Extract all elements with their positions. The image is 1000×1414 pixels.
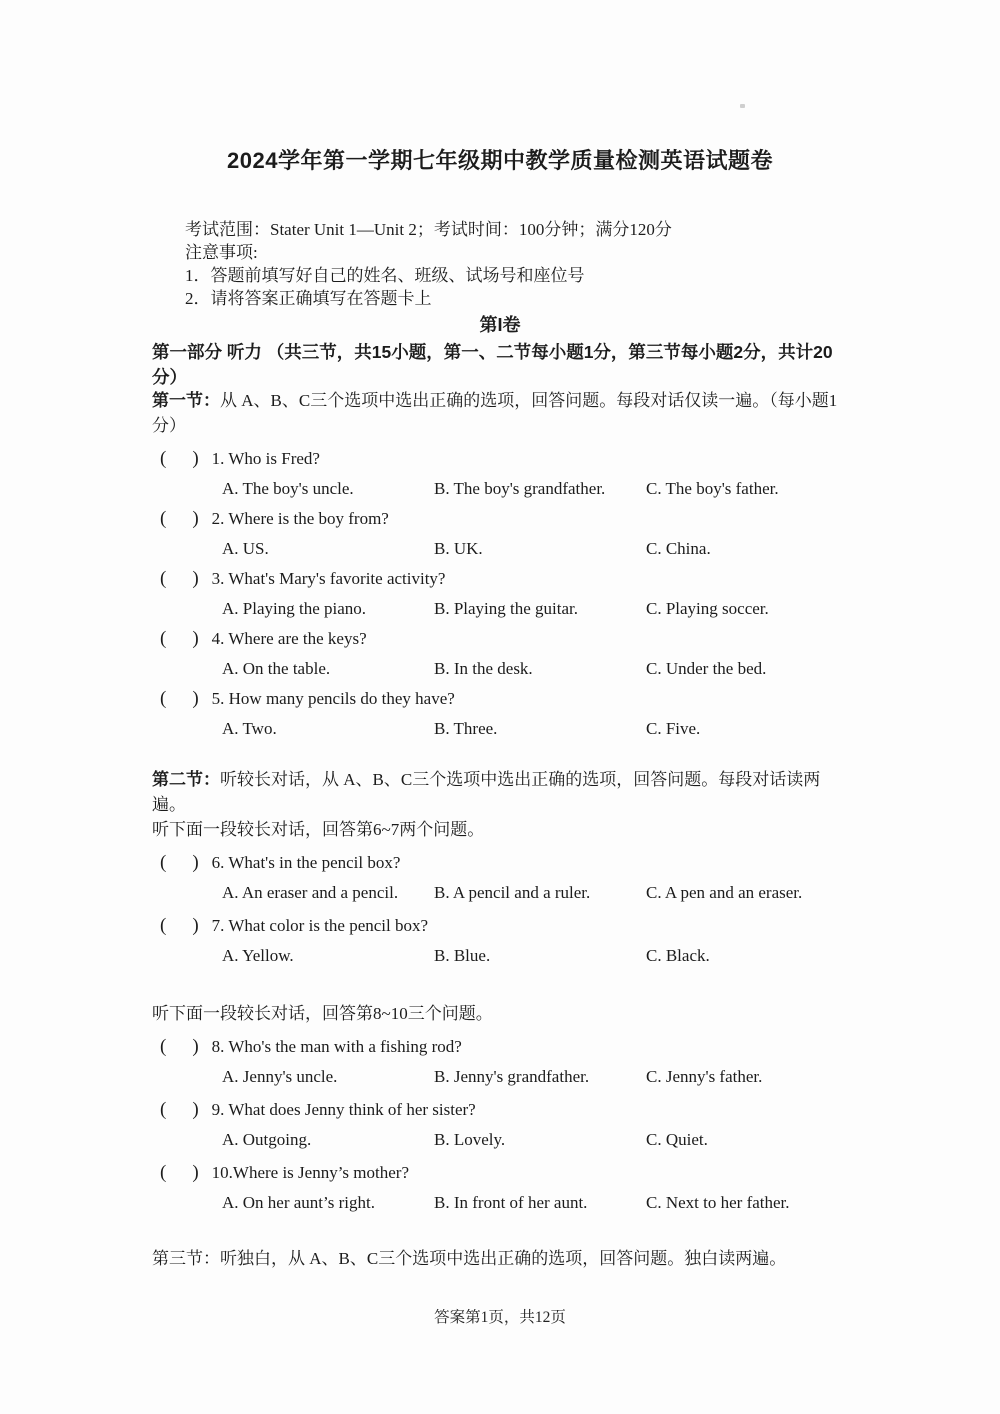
answer-bracket: () — [160, 915, 199, 936]
option-b: B. Blue. — [434, 941, 646, 971]
question-stem: 8. Who's the man with a fishing rod? — [212, 1037, 462, 1056]
option-a: A. An eraser and a pencil. — [222, 878, 434, 908]
note-item-1: 1．答题前填写好自己的姓名、班级、试场号和座位号 — [185, 264, 848, 287]
page-title: 2024学年第一学期七年级期中教学质量检测英语试题卷 — [152, 146, 848, 176]
dialog1-note: 听下面一段较长对话，回答第6~7两个问题。 — [152, 817, 848, 842]
option-c: C. Next to her father. — [646, 1188, 848, 1218]
question-1: ()1. Who is Fred? A. The boy's uncle. B.… — [152, 444, 848, 504]
question-4: ()4. Where are the keys? A. On the table… — [152, 624, 848, 684]
answer-bracket: () — [160, 1036, 199, 1057]
section3-instruction: 听独白，从 A、B、C三个选项中选出正确的选项，回答问题。独白读两遍。 — [220, 1249, 786, 1268]
option-a: A. Two. — [222, 714, 434, 744]
question-6: ()6. What's in the pencil box? A. An era… — [152, 848, 848, 908]
question-options: A. Outgoing. B. Lovely. C. Quiet. — [152, 1125, 848, 1155]
option-c: C. A pen and an eraser. — [646, 878, 848, 908]
section1-label: 第一节： — [152, 391, 220, 410]
notes-label: 注意事项: — [185, 241, 848, 264]
question-stem: 5. How many pencils do they have? — [212, 689, 455, 708]
exam-scope-line: 考试范围：Stater Unit 1—Unit 2；考试时间：100分钟；满分1… — [185, 218, 848, 241]
question-3: ()3. What's Mary's favorite activity? A.… — [152, 564, 848, 624]
answer-bracket: () — [160, 628, 199, 649]
answer-bracket: () — [160, 1162, 199, 1183]
question-stem: 7. What color is the pencil box? — [212, 916, 428, 935]
question-options: A. The boy's uncle. B. The boy's grandfa… — [152, 474, 848, 504]
question-stem: 9. What does Jenny think of her sister? — [212, 1100, 476, 1119]
question-stem: 1. Who is Fred? — [212, 449, 320, 468]
question-7: ()7. What color is the pencil box? A. Ye… — [152, 911, 848, 971]
question-stem: 4. Where are the keys? — [212, 629, 367, 648]
question-options: A. US. B. UK. C. China. — [152, 534, 848, 564]
option-b: B. The boy's grandfather. — [434, 474, 646, 504]
section3-label: 第三节： — [152, 1249, 220, 1268]
question-2: ()2. Where is the boy from? A. US. B. UK… — [152, 504, 848, 564]
option-b: B. A pencil and a ruler. — [434, 878, 646, 908]
section2-label: 第二节： — [152, 770, 220, 789]
part1-heading: 第一部分 听力 （共三节，共15小题，第一、二节每小题1分，第三节每小题2分，共… — [152, 340, 848, 389]
question-5: ()5. How many pencils do they have? A. T… — [152, 684, 848, 744]
section1-intro: 第一节：从 A、B、C三个选项中选出正确的选项，回答问题。每段对话仅读一遍。（每… — [152, 389, 848, 438]
option-b: B. Lovely. — [434, 1125, 646, 1155]
option-b: B. In front of her aunt. — [434, 1188, 646, 1218]
volume-heading: 第I卷 — [152, 312, 848, 338]
answer-bracket: () — [160, 1099, 199, 1120]
section2-intro: 第二节：听较长对话，从 A、B、C三个选项中选出正确的选项，回答问题。每段对话读… — [152, 768, 848, 817]
question-options: A. Yellow. B. Blue. C. Black. — [152, 941, 848, 971]
question-options: A. An eraser and a pencil. B. A pencil a… — [152, 878, 848, 908]
option-a: A. Playing the piano. — [222, 594, 434, 624]
question-options: A. On the table. B. In the desk. C. Unde… — [152, 654, 848, 684]
option-a: A. Jenny's uncle. — [222, 1062, 434, 1092]
question-options: A. On her aunt’s right. B. In front of h… — [152, 1188, 848, 1218]
question-stem: 6. What's in the pencil box? — [212, 853, 401, 872]
question-9: ()9. What does Jenny think of her sister… — [152, 1095, 848, 1155]
option-c: C. Quiet. — [646, 1125, 848, 1155]
option-b: B. Playing the guitar. — [434, 594, 646, 624]
option-c: C. Five. — [646, 714, 848, 744]
question-10: ()10.Where is Jenny’s mother? A. On her … — [152, 1158, 848, 1218]
question-stem: 2. Where is the boy from? — [212, 509, 389, 528]
option-b: B. In the desk. — [434, 654, 646, 684]
question-stem: 3. What's Mary's favorite activity? — [212, 569, 446, 588]
answer-bracket: () — [160, 688, 199, 709]
answer-bracket: () — [160, 852, 199, 873]
option-a: A. Yellow. — [222, 941, 434, 971]
answer-bracket: () — [160, 568, 199, 589]
option-c: C. Playing soccer. — [646, 594, 848, 624]
option-c: C. Under the bed. — [646, 654, 848, 684]
section2-instruction: 听较长对话，从 A、B、C三个选项中选出正确的选项，回答问题。每段对话读两遍。 — [152, 770, 820, 814]
question-options: A. Playing the piano. B. Playing the gui… — [152, 594, 848, 624]
option-b: B. Three. — [434, 714, 646, 744]
option-a: A. On the table. — [222, 654, 434, 684]
section3-intro: 第三节：听独白，从 A、B、C三个选项中选出正确的选项，回答问题。独白读两遍。 — [152, 1246, 848, 1271]
page-footer: 答案第1页，共12页 — [0, 1305, 1000, 1327]
exam-info-block: 考试范围：Stater Unit 1—Unit 2；考试时间：100分钟；满分1… — [185, 218, 848, 310]
option-a: A. On her aunt’s right. — [222, 1188, 434, 1218]
option-a: A. US. — [222, 534, 434, 564]
question-8: ()8. Who's the man with a fishing rod? A… — [152, 1032, 848, 1092]
page-content: 2024学年第一学期七年级期中教学质量检测英语试题卷 考试范围：Stater U… — [0, 0, 1000, 1271]
section1-instruction: 从 A、B、C三个选项中选出正确的选项，回答问题。每段对话仅读一遍。（每小题1分… — [152, 391, 837, 435]
question-options: A. Two. B. Three. C. Five. — [152, 714, 848, 744]
option-a: A. The boy's uncle. — [222, 474, 434, 504]
option-b: B. UK. — [434, 534, 646, 564]
option-c: C. China. — [646, 534, 848, 564]
answer-bracket: () — [160, 448, 199, 469]
option-c: C. Black. — [646, 941, 848, 971]
question-options: A. Jenny's uncle. B. Jenny's grandfather… — [152, 1062, 848, 1092]
exam-paper-page: 2024学年第一学期七年级期中教学质量检测英语试题卷 考试范围：Stater U… — [0, 0, 1000, 1414]
option-c: C. Jenny's father. — [646, 1062, 848, 1092]
dialog2-note: 听下面一段较长对话，回答第8~10三个问题。 — [152, 1001, 848, 1026]
answer-bracket: () — [160, 508, 199, 529]
option-b: B. Jenny's grandfather. — [434, 1062, 646, 1092]
note-item-2: 2．请将答案正确填写在答题卡上 — [185, 287, 848, 310]
scan-artifact-dot — [740, 104, 745, 108]
option-c: C. The boy's father. — [646, 474, 848, 504]
question-stem: 10.Where is Jenny’s mother? — [212, 1163, 409, 1182]
option-a: A. Outgoing. — [222, 1125, 434, 1155]
